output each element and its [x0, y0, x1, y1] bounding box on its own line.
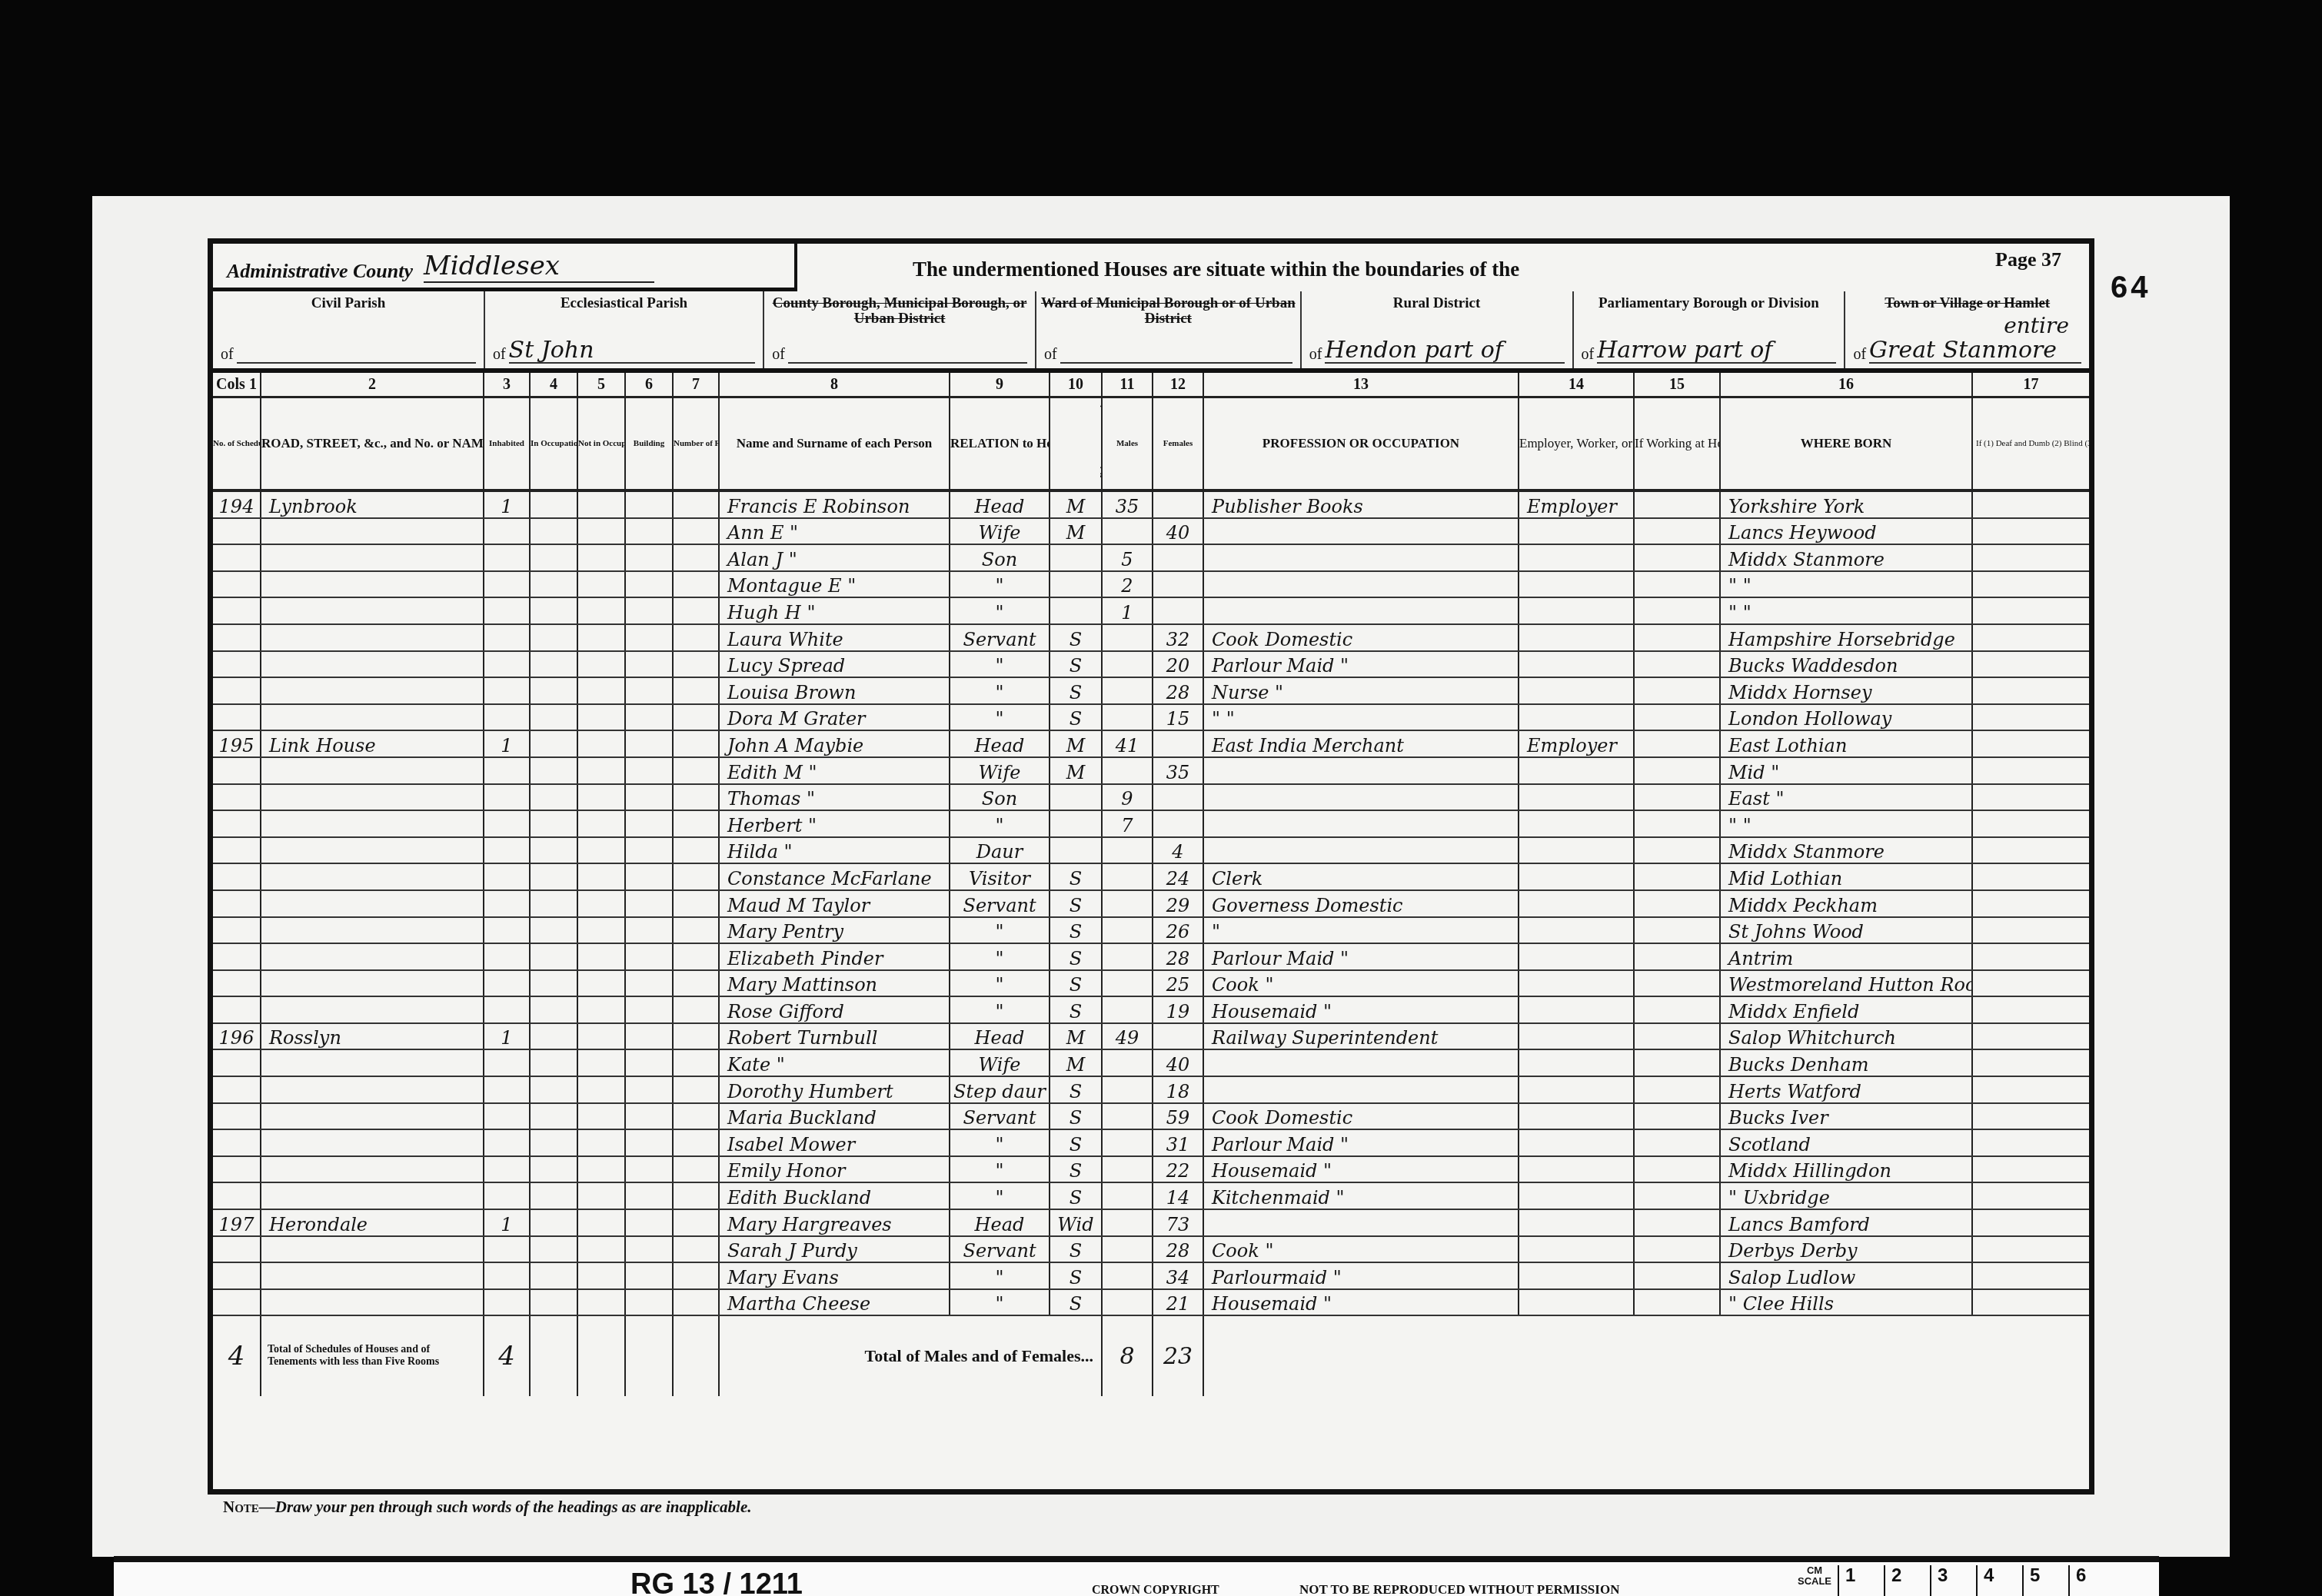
male-age: [1102, 890, 1153, 917]
uninhabited-not-in-occupation: [577, 1103, 625, 1130]
occupation: [1203, 757, 1519, 784]
uninhabited-in-occupation: [530, 1076, 577, 1103]
uninhabited-not-in-occupation: [577, 1156, 625, 1183]
form-header: Administrative County Middlesex The unde…: [213, 244, 2089, 291]
female-age: [1153, 571, 1203, 598]
relation: Servant: [950, 1103, 1050, 1130]
building: [625, 544, 673, 571]
occupation: [1203, 1049, 1519, 1076]
relation: Servant: [950, 624, 1050, 651]
table-row: Hugh H " " 1 " ": [213, 597, 2089, 624]
house-name: [261, 1182, 484, 1209]
header-not-in-occupation: Not in Occupation: [577, 397, 625, 491]
schedule-number: [213, 1262, 261, 1289]
employment-status: [1519, 890, 1634, 917]
boundary-superscript: entire: [2004, 313, 2069, 338]
table-row: Sarah J Purdy Servant S 28 Cook " Derbys…: [213, 1236, 2089, 1263]
header-building: Building: [625, 397, 673, 491]
boundary-of: of: [493, 346, 506, 364]
uninhabited-not-in-occupation: [577, 624, 625, 651]
building: [625, 1103, 673, 1130]
header-females: Females: [1153, 397, 1203, 491]
uninhabited-in-occupation: [530, 1023, 577, 1050]
female-age: 4: [1153, 837, 1203, 864]
uninhabited-not-in-occupation: [577, 651, 625, 678]
inhabited-count: [484, 518, 530, 545]
employment-status: [1519, 677, 1634, 704]
infirmity: [1972, 518, 2089, 545]
column-number-row: Cols 1234567891011121314151617: [213, 373, 2089, 397]
uninhabited-in-occupation: [530, 1182, 577, 1209]
infirmity: [1972, 757, 2089, 784]
schedule-number: [213, 890, 261, 917]
occupation: [1203, 784, 1519, 811]
occupation: [1203, 518, 1519, 545]
occupation: [1203, 571, 1519, 598]
uninhabited-in-occupation: [530, 704, 577, 731]
working-at-home: [1634, 1023, 1720, 1050]
rooms: [673, 1156, 719, 1183]
column-number: 8: [719, 373, 950, 397]
employment-status: [1519, 544, 1634, 571]
condition: S: [1050, 651, 1102, 678]
rooms: [673, 490, 719, 518]
reproduction-notice: NOT TO BE REPRODUCED WITHOUT PERMISSION: [1299, 1582, 1619, 1596]
male-age: 35: [1102, 490, 1153, 518]
totals-row: 4 Total of Schedules of Houses and of Te…: [213, 1315, 2089, 1396]
where-born: Middx Stanmore: [1720, 544, 1972, 571]
uninhabited-in-occupation: [530, 597, 577, 624]
total-schedules-label: Total of Schedules of Houses and of Tene…: [261, 1315, 484, 1396]
uninhabited-not-in-occupation: [577, 1049, 625, 1076]
scale-label: CM SCALE: [1791, 1565, 1838, 1587]
relation: Wife: [950, 757, 1050, 784]
uninhabited-in-occupation: [530, 996, 577, 1023]
relation: Step daur: [950, 1076, 1050, 1103]
inhabited-count: [484, 651, 530, 678]
schedule-number: [213, 863, 261, 890]
schedule-number: [213, 704, 261, 731]
person-name: Mary Mattinson: [719, 970, 950, 997]
occupation: Cook ": [1203, 970, 1519, 997]
crown-copyright: CROWN COPYRIGHT: [1092, 1584, 1219, 1596]
working-at-home: [1634, 704, 1720, 731]
female-age: 34: [1153, 1262, 1203, 1289]
inhabited-count: [484, 571, 530, 598]
column-number: 12: [1153, 373, 1203, 397]
uninhabited-in-occupation: [530, 1049, 577, 1076]
building: [625, 1236, 673, 1263]
working-at-home: [1634, 757, 1720, 784]
relation: ": [950, 810, 1050, 837]
person-name: Hugh H ": [719, 597, 950, 624]
condition: S: [1050, 704, 1102, 731]
relation: ": [950, 917, 1050, 944]
condition: S: [1050, 996, 1102, 1023]
condition: S: [1050, 863, 1102, 890]
relation: ": [950, 970, 1050, 997]
uninhabited-in-occupation: [530, 651, 577, 678]
person-name: Thomas ": [719, 784, 950, 811]
total-females: 23: [1153, 1315, 1203, 1396]
relation: Wife: [950, 518, 1050, 545]
working-at-home: [1634, 837, 1720, 864]
person-name: Martha Cheese: [719, 1289, 950, 1316]
where-born: " ": [1720, 597, 1972, 624]
relation: ": [950, 1289, 1050, 1316]
person-name: Isabel Mower: [719, 1129, 950, 1156]
uninhabited-not-in-occupation: [577, 1129, 625, 1156]
where-born: " Uxbridge: [1720, 1182, 1972, 1209]
female-age: 40: [1153, 1049, 1203, 1076]
header-road: ROAD, STREET, &c., and No. or NAME of HO…: [261, 397, 484, 491]
relation: ": [950, 1129, 1050, 1156]
infirmity: [1972, 1262, 2089, 1289]
schedule-number: [213, 784, 261, 811]
female-age: [1153, 544, 1203, 571]
person-name: Elizabeth Pinder: [719, 943, 950, 970]
uninhabited-in-occupation: [530, 970, 577, 997]
relation: Head: [950, 730, 1050, 757]
table-row: Louisa Brown " S 28 Nurse " Middx Hornse…: [213, 677, 2089, 704]
table-row: Maud M Taylor Servant S 29 Governess Dom…: [213, 890, 2089, 917]
schedule-number: [213, 1236, 261, 1263]
administrative-county-box: Administrative County Middlesex: [213, 244, 797, 291]
column-number: 13: [1203, 373, 1519, 397]
occupation: Housemaid ": [1203, 996, 1519, 1023]
house-name: [261, 784, 484, 811]
column-number: 3: [484, 373, 530, 397]
female-age: 21: [1153, 1289, 1203, 1316]
rooms: [673, 1076, 719, 1103]
uninhabited-not-in-occupation: [577, 1236, 625, 1263]
female-age: 35: [1153, 757, 1203, 784]
employment-status: [1519, 863, 1634, 890]
boundary-value: St John: [509, 339, 756, 364]
column-number: 10: [1050, 373, 1102, 397]
occupation: [1203, 1076, 1519, 1103]
occupation: Nurse ": [1203, 677, 1519, 704]
relation: ": [950, 1156, 1050, 1183]
person-name: Maud M Taylor: [719, 890, 950, 917]
condition: M: [1050, 757, 1102, 784]
employment-status: [1519, 651, 1634, 678]
where-born: Middx Stanmore: [1720, 837, 1972, 864]
relation: Servant: [950, 1236, 1050, 1263]
infirmity: [1972, 784, 2089, 811]
column-number: 14: [1519, 373, 1634, 397]
house-name: [261, 1049, 484, 1076]
column-number: 6: [625, 373, 673, 397]
person-name: Hilda ": [719, 837, 950, 864]
uninhabited-in-occupation: [530, 757, 577, 784]
boundary-field: Civil Parish of: [213, 291, 485, 368]
male-age: [1102, 757, 1153, 784]
female-age: [1153, 490, 1203, 518]
female-age: [1153, 730, 1203, 757]
employment-status: [1519, 837, 1634, 864]
house-name: [261, 677, 484, 704]
condition: [1050, 544, 1102, 571]
female-age: 18: [1153, 1076, 1203, 1103]
male-age: [1102, 1156, 1153, 1183]
house-name: Lynbrook: [261, 490, 484, 518]
header-relation: RELATION to Head of Family: [950, 397, 1050, 491]
condition: S: [1050, 943, 1102, 970]
rooms: [673, 1103, 719, 1130]
total-blank: [673, 1315, 719, 1396]
house-name: [261, 1289, 484, 1316]
employment-status: [1519, 1103, 1634, 1130]
total-blank: [577, 1315, 625, 1396]
table-row: Mary Mattinson " S 25 Cook " Westmorelan…: [213, 970, 2089, 997]
schedule-number: [213, 1156, 261, 1183]
occupation: [1203, 810, 1519, 837]
where-born: Herts Watford: [1720, 1076, 1972, 1103]
infirmity: [1972, 996, 2089, 1023]
uninhabited-not-in-occupation: [577, 863, 625, 890]
inhabited-count: [484, 970, 530, 997]
census-form: Administrative County Middlesex The unde…: [208, 238, 2094, 1495]
column-header-row: No. of Schedule ROAD, STREET, &c., and N…: [213, 397, 2089, 491]
uninhabited-not-in-occupation: [577, 1209, 625, 1236]
rooms: [673, 1262, 719, 1289]
uninhabited-not-in-occupation: [577, 677, 625, 704]
table-row: Lucy Spread " S 20 Parlour Maid " Bucks …: [213, 651, 2089, 678]
uninhabited-not-in-occupation: [577, 757, 625, 784]
uninhabited-not-in-occupation: [577, 704, 625, 731]
inhabited-count: [484, 917, 530, 944]
where-born: Hampshire Horsebridge: [1720, 624, 1972, 651]
rooms: [673, 1023, 719, 1050]
rooms: [673, 1289, 719, 1316]
rooms: [673, 597, 719, 624]
uninhabited-not-in-occupation: [577, 1023, 625, 1050]
table-row: Dora M Grater " S 15 " " London Holloway: [213, 704, 2089, 731]
person-name: Rose Gifford: [719, 996, 950, 1023]
rooms: [673, 943, 719, 970]
inhabited-count: [484, 597, 530, 624]
uninhabited-in-occupation: [530, 490, 577, 518]
condition: M: [1050, 730, 1102, 757]
working-at-home: [1634, 863, 1720, 890]
uninhabited-in-occupation: [530, 571, 577, 598]
schedule-number: [213, 1289, 261, 1316]
uninhabited-in-occupation: [530, 890, 577, 917]
table-row: Kate " Wife M 40 Bucks Denham: [213, 1049, 2089, 1076]
relation: Son: [950, 544, 1050, 571]
boundary-value-line: of Harrow part of: [1582, 339, 1837, 364]
uninhabited-in-occupation: [530, 943, 577, 970]
uninhabited-not-in-occupation: [577, 810, 625, 837]
folio-number: 64: [2111, 271, 2151, 305]
uninhabited-not-in-occupation: [577, 837, 625, 864]
relation: ": [950, 651, 1050, 678]
person-name: Kate ": [719, 1049, 950, 1076]
working-at-home: [1634, 677, 1720, 704]
infirmity: [1972, 651, 2089, 678]
male-age: 7: [1102, 810, 1153, 837]
column-number: 15: [1634, 373, 1720, 397]
scale-tick: 2: [1884, 1565, 1930, 1596]
boundary-field: Parliamentary Borough or Division of Har…: [1574, 291, 1846, 368]
female-age: 20: [1153, 651, 1203, 678]
female-age: 73: [1153, 1209, 1203, 1236]
column-number: 17: [1972, 373, 2089, 397]
house-name: [261, 544, 484, 571]
total-schedules-count: 4: [213, 1315, 261, 1396]
building: [625, 1129, 673, 1156]
where-born: St Johns Wood: [1720, 917, 1972, 944]
relation: ": [950, 571, 1050, 598]
male-age: [1102, 624, 1153, 651]
occupation: Cook Domestic: [1203, 1103, 1519, 1130]
inhabited-count: [484, 1156, 530, 1183]
building: [625, 730, 673, 757]
female-age: 14: [1153, 1182, 1203, 1209]
header-where-born: WHERE BORN: [1720, 397, 1972, 491]
building: [625, 1023, 673, 1050]
condition: Wid: [1050, 1209, 1102, 1236]
building: [625, 1049, 673, 1076]
working-at-home: [1634, 1103, 1720, 1130]
uninhabited-not-in-occupation: [577, 1262, 625, 1289]
building: [625, 624, 673, 651]
person-name: Herbert ": [719, 810, 950, 837]
infirmity: [1972, 490, 2089, 518]
boundary-value-line: of: [221, 341, 476, 364]
rooms: [673, 518, 719, 545]
schedule-number: [213, 518, 261, 545]
uninhabited-not-in-occupation: [577, 970, 625, 997]
female-age: 15: [1153, 704, 1203, 731]
infirmity: [1972, 890, 2089, 917]
house-name: [261, 863, 484, 890]
inhabited-count: [484, 996, 530, 1023]
inhabited-count: 1: [484, 1023, 530, 1050]
schedule-number: [213, 571, 261, 598]
condition: [1050, 837, 1102, 864]
building: [625, 597, 673, 624]
occupation: Parlour Maid ": [1203, 1129, 1519, 1156]
administrative-county-label: Administrative County: [227, 260, 413, 283]
building: [625, 970, 673, 997]
column-number: 7: [673, 373, 719, 397]
boundary-of: of: [1044, 346, 1057, 364]
schedule-number: [213, 943, 261, 970]
male-age: [1102, 970, 1153, 997]
working-at-home: [1634, 544, 1720, 571]
schedule-number: 197: [213, 1209, 261, 1236]
table-row: Herbert " " 7 " ": [213, 810, 2089, 837]
rooms: [673, 917, 719, 944]
inhabited-count: [484, 863, 530, 890]
header-occupation: PROFESSION OR OCCUPATION: [1203, 397, 1519, 491]
house-name: [261, 1236, 484, 1263]
boundary-label: Town or Village or Hamlet: [1845, 296, 2089, 311]
employment-status: [1519, 1049, 1634, 1076]
employment-status: Employer: [1519, 730, 1634, 757]
working-at-home: [1634, 1289, 1720, 1316]
schedule-number: [213, 1182, 261, 1209]
table-row: Maria Buckland Servant S 59 Cook Domesti…: [213, 1103, 2089, 1130]
piece-reference: RG 13 / 1211: [630, 1568, 803, 1596]
uninhabited-not-in-occupation: [577, 943, 625, 970]
boundary-field: County Borough, Municipal Borough, or Ur…: [764, 291, 1036, 368]
where-born: Lancs Heywood: [1720, 518, 1972, 545]
occupation: " ": [1203, 704, 1519, 731]
male-age: [1102, 518, 1153, 545]
condition: S: [1050, 1076, 1102, 1103]
infirmity: [1972, 1289, 2089, 1316]
uninhabited-not-in-occupation: [577, 730, 625, 757]
house-name: [261, 704, 484, 731]
column-number: 5: [577, 373, 625, 397]
working-at-home: [1634, 1182, 1720, 1209]
where-born: Derbys Derby: [1720, 1236, 1972, 1263]
employment-status: [1519, 784, 1634, 811]
condition: M: [1050, 1049, 1102, 1076]
where-born: Westmoreland Hutton Roof: [1720, 970, 1972, 997]
table-row: Edith M " Wife M 35 Mid ": [213, 757, 2089, 784]
person-name: Dora M Grater: [719, 704, 950, 731]
boundary-value-line: of: [1044, 341, 1292, 364]
rooms: [673, 704, 719, 731]
inhabited-count: [484, 1076, 530, 1103]
infirmity: [1972, 1182, 2089, 1209]
where-born: Scotland: [1720, 1129, 1972, 1156]
rooms: [673, 1236, 719, 1263]
uninhabited-in-occupation: [530, 730, 577, 757]
person-name: Laura White: [719, 624, 950, 651]
where-born: Salop Whitchurch: [1720, 1023, 1972, 1050]
table-row: Edith Buckland " S 14 Kitchenmaid " " Ux…: [213, 1182, 2089, 1209]
uninhabited-in-occupation: [530, 784, 577, 811]
header-condition: Condition as to Marriage: [1050, 397, 1102, 491]
uninhabited-in-occupation: [530, 810, 577, 837]
boundary-label: Parliamentary Borough or Division: [1574, 296, 1845, 311]
inhabited-count: [484, 1129, 530, 1156]
column-number: 11: [1102, 373, 1153, 397]
working-at-home: [1634, 1262, 1720, 1289]
boundary-of: of: [1853, 346, 1866, 364]
schedule-number: [213, 917, 261, 944]
male-age: 49: [1102, 1023, 1153, 1050]
building: [625, 1262, 673, 1289]
boundary-value: [1060, 341, 1292, 364]
house-name: [261, 890, 484, 917]
condition: S: [1050, 970, 1102, 997]
table-row: Dorothy Humbert Step daur S 18 Herts Wat…: [213, 1076, 2089, 1103]
schedule-number: 196: [213, 1023, 261, 1050]
uninhabited-not-in-occupation: [577, 890, 625, 917]
boundary-value: Hendon part of: [1325, 339, 1564, 364]
schedule-number: [213, 757, 261, 784]
house-name: [261, 1156, 484, 1183]
male-age: [1102, 1103, 1153, 1130]
inhabited-count: [484, 943, 530, 970]
administrative-county-value: Middlesex: [424, 251, 654, 283]
uninhabited-not-in-occupation: [577, 518, 625, 545]
where-born: Middx Enfield: [1720, 996, 1972, 1023]
person-name: Constance McFarlane: [719, 863, 950, 890]
relation: Head: [950, 1209, 1050, 1236]
column-number: 16: [1720, 373, 1972, 397]
schedule-number: [213, 1103, 261, 1130]
condition: [1050, 597, 1102, 624]
building: [625, 1182, 673, 1209]
header-infirmity: If (1) Deaf and Dumb (2) Blind (3) Lunat…: [1972, 397, 2089, 491]
